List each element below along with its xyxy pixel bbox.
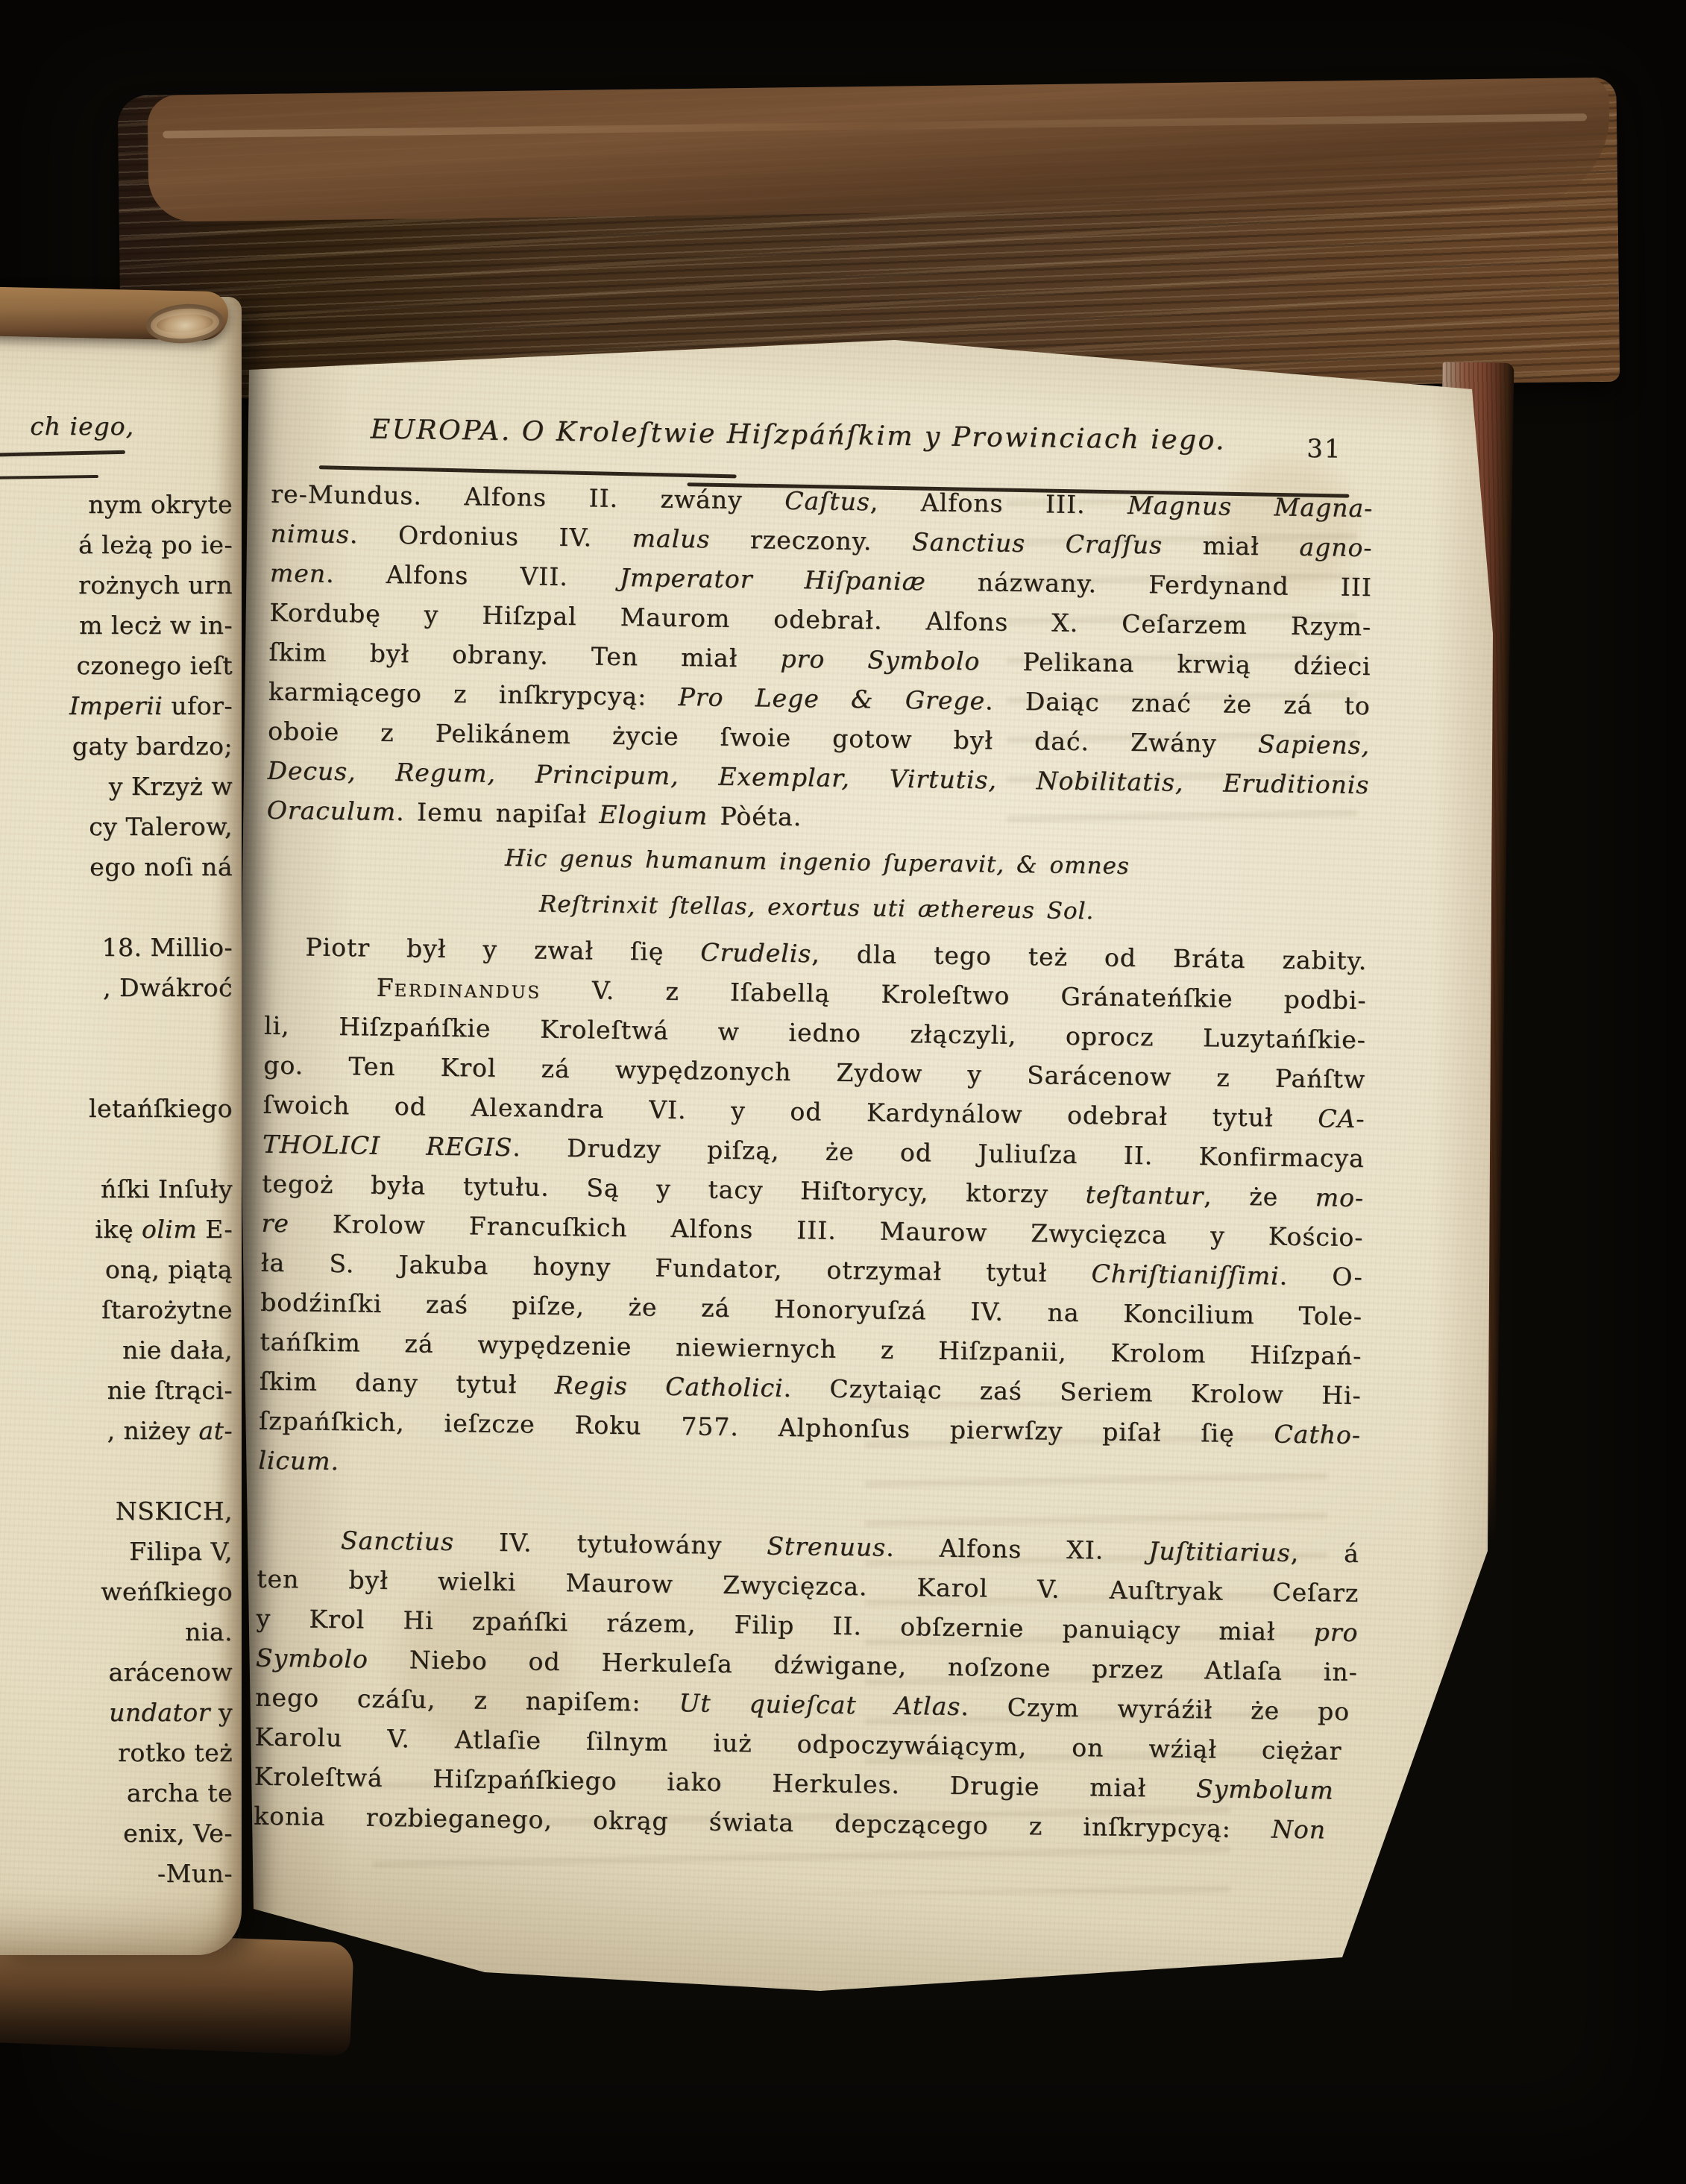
text-segment: . Iemu napiſał <box>396 797 600 829</box>
text-segment: , niżey <box>107 1416 199 1445</box>
text-segment: ła S. Jakuba hoyny Fundator, otrzymał ty… <box>261 1248 1092 1288</box>
text-segment: Hic genus humanum ingenio ſuperavit, & o… <box>505 845 1130 880</box>
text-line: ſtarożytne <box>0 1290 233 1330</box>
text-segment: , że <box>1204 1181 1315 1212</box>
text-line: nie dała, <box>0 1330 233 1370</box>
text-segment: , á <box>1290 1538 1359 1568</box>
text-line: Imperii ufor- <box>0 686 233 726</box>
text-segment: tegoż była tytułu. Są y tacy Hiſtorycy, … <box>262 1169 1086 1209</box>
text-segment: . Ordonius IV. <box>350 520 632 553</box>
text-segment: Symbolo <box>256 1643 368 1674</box>
text-segment: letańſkiego <box>89 1094 233 1123</box>
text-line: , Dwákroć <box>0 968 233 1008</box>
text-line: Hic genus humanum ingenio ſuperavit, & o… <box>266 836 1369 890</box>
text-segment: mo- <box>1315 1183 1365 1212</box>
text-segment: y Krzyż w <box>109 772 233 801</box>
text-segment: malus <box>632 523 710 553</box>
text-segment: gaty bardzo; <box>72 731 233 761</box>
blank-line <box>0 1451 233 1491</box>
text-segment: á leżą po ie- <box>78 530 233 559</box>
text-segment: Oraculum <box>267 796 397 826</box>
text-line: archa te <box>0 1773 233 1813</box>
text-segment: ſtarożytne <box>101 1295 233 1324</box>
text-segment: rotko też <box>118 1738 233 1767</box>
text-segment: Non <box>1271 1815 1327 1845</box>
text-segment: Ut quieſcat Atlas <box>679 1688 960 1721</box>
text-line: czonego ieſt <box>0 646 233 686</box>
text-segment: Regis Catholici <box>555 1370 784 1403</box>
blank-line <box>0 1048 233 1089</box>
text-segment: . Czym wyráźił że po <box>960 1692 1350 1726</box>
left-header-rule <box>0 450 125 457</box>
text-segment: Imperii <box>69 691 163 720</box>
text-line: y Krzyż w <box>0 767 233 807</box>
text-line: , niżey at- <box>0 1411 233 1451</box>
text-segment: Kroleſtwá Hiſzpańſkiego iako Herkules. D… <box>254 1762 1197 1804</box>
text-line: 18. Millio- <box>0 928 233 968</box>
text-segment: CA- <box>1318 1104 1365 1133</box>
text-segment: ufor- <box>163 691 233 720</box>
text-segment: enix, Ve- <box>123 1819 233 1848</box>
text-segment: . Daiąc znać że zá to <box>985 686 1371 720</box>
text-segment: F <box>376 973 394 1002</box>
text-line: -Mun- <box>0 1854 233 1894</box>
text-line: gaty bardzo; <box>0 726 233 767</box>
blank-line <box>0 1008 233 1048</box>
text-segment: názwany. Ferdynand III <box>925 567 1372 602</box>
text-line: nie ſtrąci- <box>0 1370 233 1411</box>
text-segment: Caſtus <box>784 486 870 516</box>
text-line: ego noſi ná <box>0 847 233 887</box>
text-line: m lecż w in- <box>0 605 233 646</box>
text-line: oną, piątą <box>0 1250 233 1290</box>
right-page: EUROPA. O Kroleſtwie Hiſzpáńſkim y Prowi… <box>224 321 1521 2043</box>
text-line: ńſki Inſuły <box>0 1169 233 1209</box>
text-segment: V. z Iſabellą Kroleſtwo Gránateńſkie pod… <box>541 975 1366 1015</box>
text-segment: teſtantur <box>1085 1180 1204 1210</box>
text-segment: -Mun- <box>157 1859 233 1888</box>
text-segment: Jmperator Hiſpaniæ <box>620 563 926 596</box>
text-line: nym okryte <box>0 485 233 525</box>
left-running-title-fragment: ch iego, <box>30 412 134 441</box>
text-line: Filipa V, <box>0 1532 233 1572</box>
text-line: enix, Ve- <box>0 1813 233 1854</box>
text-segment: rożnych urn <box>78 570 233 600</box>
text-segment: y <box>210 1698 233 1727</box>
text-segment: NSKICH, <box>116 1497 233 1526</box>
text-segment: 18. Millio- <box>102 933 233 962</box>
text-segment: , dla tego też od Bráta zabity. <box>811 939 1367 975</box>
text-segment: Sapiens, <box>1258 729 1371 760</box>
text-segment: Chriſtianiſſimi <box>1091 1259 1280 1290</box>
text-segment: karmiącego z inſkrypcyą: <box>268 677 679 711</box>
text-segment: olim <box>142 1215 197 1244</box>
text-segment: konia rozbieganego, okrąg świata depcząc… <box>254 1801 1271 1844</box>
text-segment: nego czáſu, z napiſem: <box>255 1683 679 1717</box>
text-segment: Juſtitiarius <box>1148 1536 1291 1567</box>
text-segment: undator <box>109 1698 210 1727</box>
text-segment: weńſkiego <box>101 1577 233 1606</box>
text-segment: arácenow <box>108 1658 233 1687</box>
text-segment: at- <box>198 1416 233 1445</box>
text-segment: ſzpańſkich, ieſzcze Roku 757. Alphonſus … <box>259 1406 1274 1449</box>
text-segment: Crudelis <box>700 937 811 968</box>
text-segment: czonego ieſt <box>76 651 233 680</box>
text-segment: men <box>270 558 327 588</box>
text-segment: erdinandus <box>394 973 541 1004</box>
text-segment: pro Symbolo <box>780 644 980 676</box>
text-segment: Catho- <box>1274 1420 1361 1450</box>
text-segment: rzeczony. <box>710 525 912 557</box>
text-segment: nie ſtrąci- <box>107 1376 233 1405</box>
text-segment: , Alfons III. <box>870 487 1128 520</box>
text-segment: ńſki Inſuły <box>101 1174 233 1203</box>
text-segment: miał <box>1163 530 1300 561</box>
text-segment: Pòéta. <box>708 801 802 831</box>
text-line: Reſtrinxit ſtellas, exortus uti æthereus… <box>265 881 1368 935</box>
left-page: ch iego, nym okryteá leżą po ie-rożnych … <box>0 297 242 1955</box>
text-segment: pro <box>1313 1617 1358 1647</box>
text-segment: oną, piątą <box>105 1255 233 1284</box>
running-title: EUROPA. O Kroleſtwie Hiſzpáńſkim y Prowi… <box>328 414 1268 456</box>
left-header-rule-2 <box>0 475 98 479</box>
text-segment: E- <box>197 1215 233 1244</box>
text-line: nia. <box>0 1612 233 1652</box>
text-segment: ſkim dany tytuł <box>259 1367 555 1400</box>
page-content: EUROPA. O Kroleſtwie Hiſzpáńſkim y Prowi… <box>203 320 1523 2059</box>
text-segment: Filipa V, <box>129 1537 233 1566</box>
text-segment: Magnus Magna- <box>1127 491 1374 523</box>
text-segment: m lecż w in- <box>79 611 233 640</box>
blank-line <box>0 887 233 928</box>
text-segment: Sanctius <box>341 1526 455 1556</box>
text-segment: cy Talerow, <box>89 812 233 841</box>
text-line: ikę olim E- <box>0 1209 233 1250</box>
text-segment: Piotr był y zwał ſię <box>305 932 700 966</box>
text-segment: Pelikana krwią dźieci <box>980 646 1371 681</box>
text-line: cy Talerow, <box>0 807 233 847</box>
text-segment: Reſtrinxit ſtellas, exortus uti æthereus… <box>539 891 1095 925</box>
left-text-column: nym okryteá leżą po ie-rożnych urnm lecż… <box>0 485 233 1894</box>
text-segment: . Drudzy piſzą, że od Juliuſza II. Konfi… <box>512 1133 1365 1173</box>
text-line: á leżą po ie- <box>0 525 233 565</box>
text-segment: . Alfons VII. <box>326 559 620 592</box>
text-segment: nym okryte <box>88 490 233 519</box>
text-segment: nia. <box>185 1617 233 1646</box>
blank-line <box>0 1129 233 1169</box>
text-segment: ſkim był obrany. Ten miał <box>268 638 780 673</box>
text-segment: , Dwákroć <box>103 973 233 1002</box>
text-line: rotko też <box>0 1733 233 1773</box>
text-line: rożnych urn <box>0 565 233 605</box>
page-number: 31 <box>1306 434 1342 465</box>
text-segment: Elogium <box>599 800 708 831</box>
text-segment: agno- <box>1299 532 1373 562</box>
text-line: letańſkiego <box>0 1089 233 1129</box>
text-segment: nimus <box>270 519 350 549</box>
text-segment: . Alfons XI. <box>886 1533 1149 1566</box>
text-line: undator y <box>0 1693 233 1733</box>
text-segment: Pro Lege & Grege <box>678 682 985 715</box>
catchword: ſuffi- <box>251 1989 1340 2030</box>
text-segment: . O- <box>1279 1262 1363 1291</box>
text-line: NSKICH, <box>0 1491 233 1532</box>
text-segment: Sanctius Craſſus <box>912 527 1163 559</box>
text-segment: re-Mundus. Alfons II. zwány <box>271 479 784 515</box>
text-segment: Symbolum <box>1196 1774 1334 1804</box>
book-photo: ch iego, nym okryteá leżą po ie-rożnych … <box>0 0 1686 2184</box>
text-segment: re <box>261 1209 289 1238</box>
main-text-column: re-Mundus. Alfons II. zwány Caſtus, Alfo… <box>254 474 1374 1850</box>
text-segment: . Czytaiąc zaś Seriem Krolow Hi- <box>783 1373 1362 1410</box>
text-segment: ikę <box>95 1215 142 1244</box>
text-segment: IV. tytułowány <box>454 1527 767 1560</box>
text-segment: archa te <box>127 1778 233 1807</box>
text-segment: THOLICI REGIS <box>262 1130 513 1162</box>
text-line: weńſkiego <box>0 1572 233 1612</box>
text-segment: licum. <box>258 1446 339 1476</box>
text-segment: Strenuus <box>767 1532 886 1562</box>
text-line: arácenow <box>0 1652 233 1693</box>
text-segment: nie dała, <box>122 1335 233 1365</box>
text-segment: ego noſi ná <box>89 852 233 881</box>
